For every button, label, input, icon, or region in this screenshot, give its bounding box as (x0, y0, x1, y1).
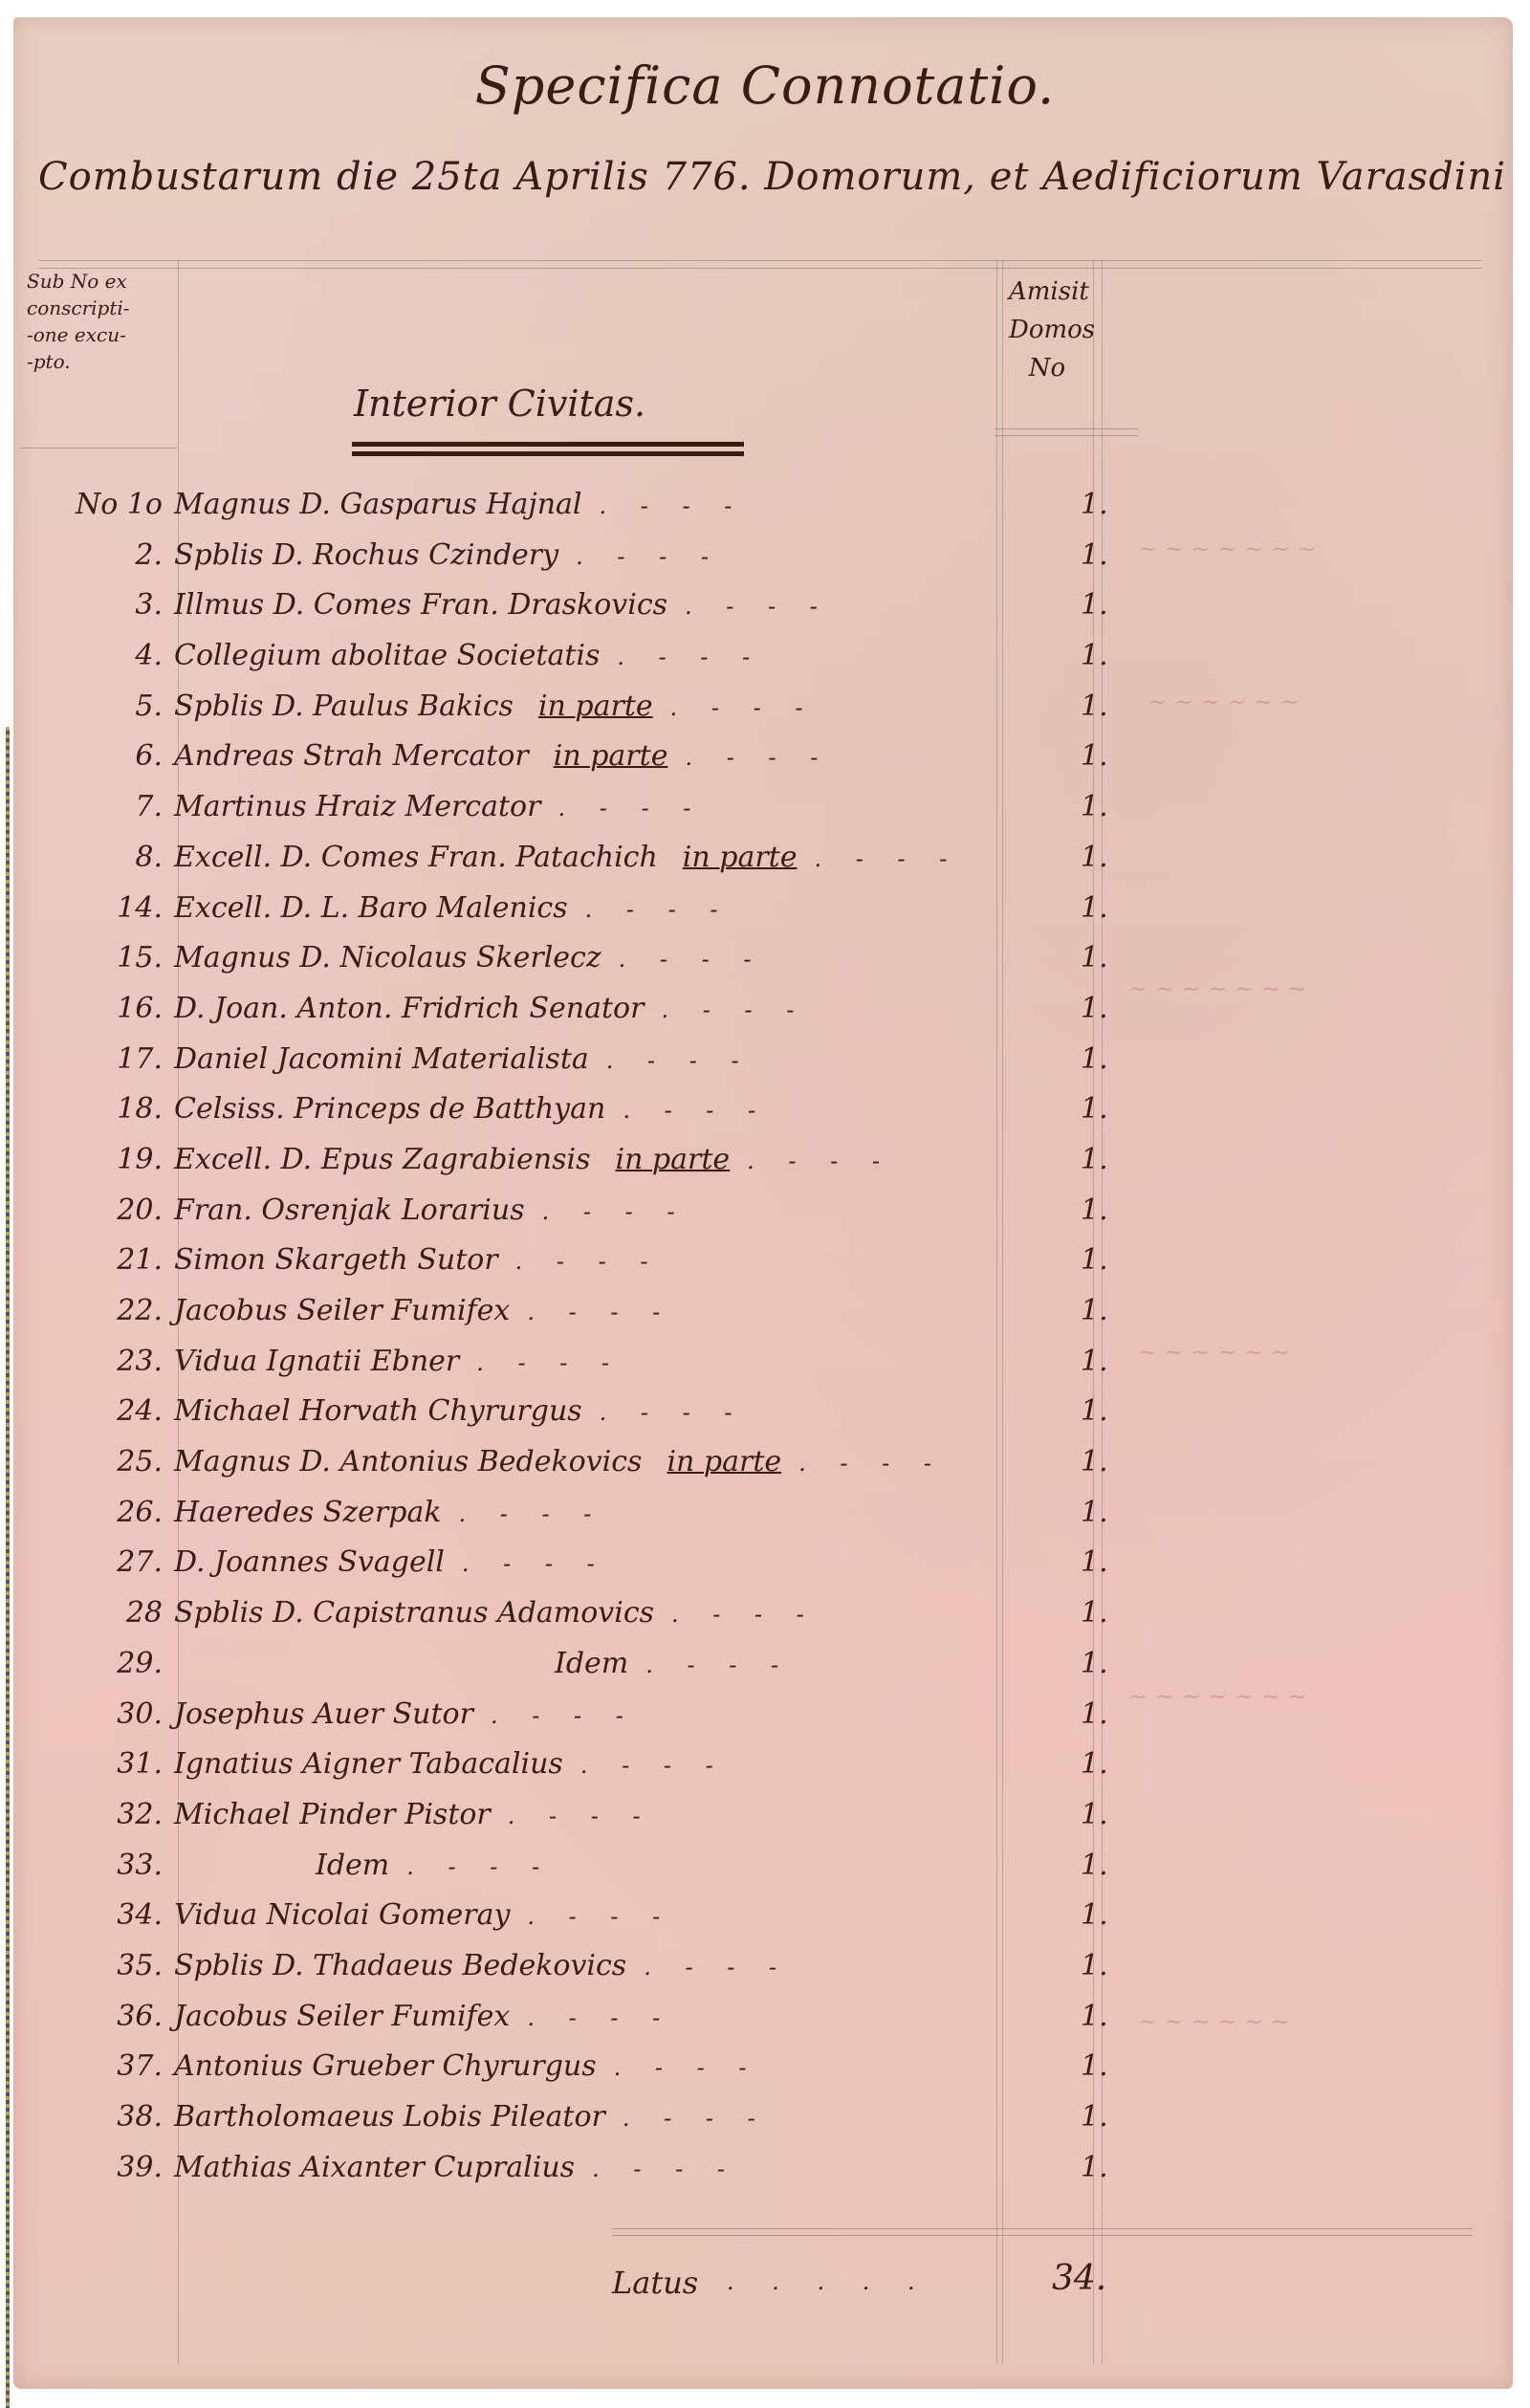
in-parte-note: in parte (615, 1143, 730, 1176)
entry-text: Idem. - - - (555, 1647, 792, 1680)
total-rule (612, 2228, 1473, 2229)
right-header-rule (994, 428, 1138, 429)
entry-number: 31. (57, 1747, 163, 1781)
houses-lost-count: 1. (1081, 1193, 1108, 1227)
table-row: 21.Simon Skargeth Sutor. - - -1. (57, 1243, 1147, 1294)
leader-dots: . - - - (527, 1903, 673, 1930)
houses-lost-count: 1. (1081, 1294, 1108, 1327)
entry-number: 39. (57, 2151, 163, 2184)
entry-text: Vidua Nicolai Gomeray. - - - (174, 1898, 673, 1932)
total-label: Latus (612, 2265, 698, 2301)
binding-thread (6, 727, 10, 2408)
header-rule-double (38, 268, 1482, 269)
leader-dots: . - - - (619, 946, 765, 973)
left-header-line: conscripti- (27, 295, 130, 321)
owner-name: Ignatius Aigner Tabacalius (174, 1747, 563, 1781)
houses-lost-count: 1. (1081, 1042, 1108, 1076)
entry-number: 23. (57, 1345, 163, 1378)
owner-name: Excell. D. Comes Fran. Patachich (174, 841, 658, 874)
count-header-line: Amisit (1009, 273, 1085, 311)
houses-lost-count: 1. (1081, 639, 1108, 672)
owner-name: Magnus D. Nicolaus Skerlecz (174, 941, 601, 974)
leader-dots: . - - - (747, 1148, 893, 1174)
in-parte-note: in parte (683, 841, 798, 874)
houses-lost-count: 1. (1081, 1545, 1108, 1579)
table-row: 19.Excell. D. Epus Zagrabiensisin parte.… (57, 1143, 1147, 1193)
table-row: 28Spblis D. Capistranus Adamovics. - - -… (57, 1596, 1147, 1647)
entry-number: 15. (57, 941, 163, 974)
houses-lost-count: 1. (1081, 992, 1108, 1025)
owner-name: Excell. D. Epus Zagrabiensis (174, 1143, 590, 1176)
leader-dots: . - - - (527, 2004, 673, 2031)
entry-number: 37. (57, 2049, 163, 2083)
leader-dots: . - - - (614, 2054, 760, 2081)
owner-name: Jacobus Seiler Fumifex (174, 1294, 510, 1327)
leader-dots: . - - - (406, 1853, 553, 1880)
entry-text: Excell. D. Comes Fran. Patachichin parte… (174, 841, 960, 874)
entry-text: Josephus Auer Sutor. - - - (174, 1697, 637, 1731)
leader-dots: . - - - (617, 644, 763, 670)
owner-name: Josephus Auer Sutor (174, 1697, 473, 1731)
leader-dots: . - - - (623, 2105, 769, 2132)
table-row: 17.Daniel Jacomini Materialista. - - -1. (57, 1042, 1147, 1093)
entry-text: D. Joan. Anton. Fridrich Senator. - - - (174, 992, 807, 1025)
houses-lost-count: 1. (1081, 1394, 1108, 1428)
houses-lost-count: 1. (1081, 488, 1108, 521)
houses-lost-count: 1. (1081, 2151, 1108, 2184)
leader-dots: . - - - (606, 1047, 753, 1074)
entry-text: Celsiss. Princeps de Batthyan. - - - (174, 1092, 769, 1126)
houses-lost-count: 1. (1081, 1092, 1108, 1126)
table-row: 16.D. Joan. Anton. Fridrich Senator. - -… (57, 992, 1147, 1042)
table-row: 32.Michael Pinder Pistor. - - -1. (57, 1798, 1147, 1849)
houses-lost-count: 1. (1081, 1243, 1108, 1277)
houses-lost-count: 1. (1081, 1596, 1108, 1630)
entry-number: 29. (57, 1647, 163, 1680)
entry-text: Excell. D. L. Baro Malenics. - - - (174, 891, 731, 925)
left-header-line: -pto. (27, 348, 130, 375)
leader-dots: . - - - (644, 1954, 790, 1981)
section-underline-double (352, 451, 744, 456)
entry-number: 17. (57, 1042, 163, 1076)
table-row: 20.Fran. Osrenjak Lorarius. - - -1. (57, 1193, 1147, 1244)
leader-dots: . - - - (670, 694, 817, 721)
leader-dots: . - - - (645, 1652, 792, 1678)
table-row: 3.Illmus D. Comes Fran. Draskovics. - - … (57, 588, 1147, 639)
houses-lost-count: 1. (1081, 690, 1108, 723)
table-row: 8.Excell. D. Comes Fran. Patachichin par… (57, 841, 1147, 891)
table-row: 38.Bartholomaeus Lobis Pileator. - - -1. (57, 2100, 1147, 2151)
owner-name: D. Joan. Anton. Fridrich Senator (174, 992, 644, 1025)
leader-dots: . - - - (600, 1399, 746, 1426)
total-value: 34. (1052, 2259, 1106, 2298)
owner-name: Spblis D. Paulus Bakics (174, 690, 514, 723)
entry-number: 8. (57, 841, 163, 874)
leader-dots: . - - - (814, 845, 960, 872)
entry-text: D. Joannes Svagell. - - - (174, 1545, 608, 1579)
houses-lost-count: 1. (1081, 588, 1108, 622)
houses-lost-count: 1. (1081, 1345, 1108, 1378)
entry-text: Jacobus Seiler Fumifex. - - - (174, 1294, 673, 1327)
entry-text: Daniel Jacomini Materialista. - - - (174, 1042, 753, 1076)
entry-text: Excell. D. Epus Zagrabiensisin parte. - … (174, 1143, 893, 1176)
houses-lost-count: 1. (1081, 2049, 1108, 2083)
leader-dots: . - - - (542, 1198, 688, 1225)
entry-text: Mathias Aixanter Cupralius. - - - (174, 2151, 738, 2184)
leader-dots: . - - - (459, 1500, 605, 1527)
entry-text: Collegium abolitae Societatis. - - - (174, 639, 763, 672)
houses-lost-count: 1. (1081, 1798, 1108, 1831)
entry-number: 14. (57, 891, 163, 925)
left-header-rule (19, 448, 177, 449)
table-row: 4.Collegium abolitae Societatis. - - -1. (57, 639, 1147, 690)
entry-text: Antonius Grueber Chyrurgus. - - - (174, 2049, 759, 2083)
entry-number: 18. (57, 1092, 163, 1126)
entry-text: Vidua Ignatii Ebner. - - - (174, 1345, 623, 1378)
entry-text: Andreas Strah Mercatorin parte. - - - (174, 739, 831, 773)
owner-name: Jacobus Seiler Fumifex (174, 2000, 510, 2033)
table-row: 30.Josephus Auer Sutor. - - -1. (57, 1697, 1147, 1748)
entry-text: Idem. - - - (316, 1849, 553, 1882)
owner-name: Magnus D. Gasparus Hajnal (174, 488, 582, 521)
leader-dots: . - - - (462, 1550, 608, 1577)
houses-lost-count: 1. (1081, 841, 1108, 874)
table-row: 33.Idem. - - -1. (57, 1849, 1147, 1899)
bleed-through-text: ~ ~ ~ ~ ~ ~ ~ (1128, 1683, 1307, 1710)
bleed-through-text: ~ ~ ~ ~ ~ ~ (1138, 1339, 1290, 1366)
table-row: 35.Spblis D. Thadaeus Bedekovics. - - -1… (57, 1949, 1147, 2000)
entry-number: 27. (57, 1545, 163, 1579)
owner-name: Vidua Ignatii Ebner (174, 1345, 459, 1378)
entry-number: 21. (57, 1243, 163, 1277)
table-row: 31.Ignatius Aigner Tabacalius. - - -1. (57, 1747, 1147, 1798)
entry-number: 28 (57, 1596, 163, 1630)
entry-text: Haeredes Szerpak. - - - (174, 1496, 604, 1529)
owner-name: Martinus Hraiz Mercator (174, 790, 540, 823)
entry-number: 24. (57, 1394, 163, 1428)
owner-name: Fran. Osrenjak Lorarius (174, 1193, 525, 1227)
leader-dots: . - - - (508, 1803, 654, 1829)
houses-lost-count: 1. (1081, 1496, 1108, 1529)
entry-number: 7. (57, 790, 163, 823)
leader-dots: . - - - (661, 996, 807, 1023)
entry-text: Illmus D. Comes Fran. Draskovics. - - - (174, 588, 831, 622)
table-row: 2.Spblis D. Rochus Czindery. - - -1. (57, 538, 1147, 589)
entry-number: 16. (57, 992, 163, 1025)
left-column-header: Sub No ex conscripti- -one excu- -pto. (27, 268, 130, 375)
owner-name: Haeredes Szerpak (174, 1496, 442, 1529)
leader-dots: . - - - (592, 2156, 738, 2182)
houses-lost-count: 1. (1081, 1849, 1108, 1882)
houses-lost-count: 1. (1081, 2100, 1108, 2134)
entry-text: Simon Skargeth Sutor. - - - (174, 1243, 662, 1277)
table-row: 6.Andreas Strah Mercatorin parte. - - -1… (57, 739, 1147, 790)
leader-dots: . - - - (600, 493, 746, 519)
owner-name: Antonius Grueber Chyrurgus (174, 2049, 597, 2083)
leader-dots: . - - - (527, 1299, 673, 1325)
table-row: 27.D. Joannes Svagell. - - -1. (57, 1545, 1147, 1596)
owner-name: Spblis D. Rochus Czindery (174, 538, 558, 572)
owner-name: Idem (555, 1647, 628, 1680)
in-parte-note: in parte (538, 690, 653, 723)
leader-dots: . - - - (557, 795, 704, 821)
owner-name: Vidua Nicolai Gomeray (174, 1898, 510, 1932)
entry-number: 34. (57, 1898, 163, 1932)
houses-lost-count: 1. (1081, 1697, 1108, 1731)
owner-name: Collegium abolitae Societatis (174, 639, 600, 672)
entry-number: 5. (57, 690, 163, 723)
owner-name: Daniel Jacomini Materialista (174, 1042, 589, 1076)
document-title: Specifica Connotatio. (0, 55, 1530, 116)
entry-list: No 1oMagnus D. Gasparus Hajnal. - - -1.2… (57, 488, 1147, 2200)
owner-name: Idem (316, 1849, 389, 1882)
entry-text: Jacobus Seiler Fumifex. - - - (174, 2000, 673, 2033)
owner-name: Michael Pinder Pistor (174, 1798, 491, 1831)
leader-dots: . - - - (580, 1752, 727, 1779)
leader-dots: . - - - (671, 1601, 818, 1628)
table-row: 5.Spblis D. Paulus Bakicsin parte. - - -… (57, 690, 1147, 740)
entry-number: 3. (57, 588, 163, 622)
entry-text: Martinus Hraiz Mercator. - - - (174, 790, 704, 823)
leader-dots: . - - - (685, 744, 831, 771)
left-header-line: -one excu- (27, 321, 130, 348)
houses-lost-count: 1. (1081, 739, 1108, 773)
entry-text: Magnus D. Gasparus Hajnal. - - - (174, 488, 745, 521)
table-row: 26.Haeredes Szerpak. - - -1. (57, 1496, 1147, 1546)
entry-number: 22. (57, 1294, 163, 1327)
table-row: 37.Antonius Grueber Chyrurgus. - - -1. (57, 2049, 1147, 2100)
entry-text: Michael Horvath Chyrurgus. - - - (174, 1394, 746, 1428)
entry-number: 32. (57, 1798, 163, 1831)
entry-text: Michael Pinder Pistor. - - - (174, 1798, 654, 1831)
table-row: 24.Michael Horvath Chyrurgus. - - -1. (57, 1394, 1147, 1445)
total-rule-double (612, 2235, 1473, 2236)
bleed-through-text: ~ ~ ~ ~ ~ ~ ~ (1138, 536, 1317, 562)
table-row: No 1oMagnus D. Gasparus Hajnal. - - -1. (57, 488, 1147, 538)
leader-dots: . - - - (515, 1248, 662, 1275)
houses-lost-count: 1. (1081, 1647, 1108, 1680)
entry-text: Fran. Osrenjak Lorarius. - - - (174, 1193, 688, 1227)
in-parte-note: in parte (554, 739, 668, 773)
table-row: 14.Excell. D. L. Baro Malenics. - - -1. (57, 891, 1147, 942)
entry-number: 38. (57, 2100, 163, 2134)
entry-text: Bartholomaeus Lobis Pileator. - - - (174, 2100, 769, 2134)
table-row: 39.Mathias Aixanter Cupralius. - - -1. (57, 2151, 1147, 2201)
total-leader-dots: . . . . . (727, 2268, 930, 2295)
entry-number: 20. (57, 1193, 163, 1227)
bleed-through-text: ~ ~ ~ ~ ~ ~ (1138, 2008, 1290, 2035)
table-row: 34.Vidua Nicolai Gomeray. - - -1. (57, 1898, 1147, 1949)
owner-name: Mathias Aixanter Cupralius (174, 2151, 575, 2184)
document-subtitle: Combustarum die 25ta Aprilis 776. Domoru… (38, 155, 1506, 199)
entry-text: Spblis D. Thadaeus Bedekovics. - - - (174, 1949, 790, 1982)
entry-text: Magnus D. Nicolaus Skerlecz. - - - (174, 941, 765, 974)
leader-dots: . - - - (585, 896, 732, 923)
entry-text: Spblis D. Rochus Czindery. - - - (174, 538, 722, 572)
owner-name: D. Joannes Svagell (174, 1545, 445, 1579)
leader-dots: . - - - (576, 543, 722, 570)
table-row: 22.Jacobus Seiler Fumifex. - - -1. (57, 1294, 1147, 1345)
owner-name: Celsiss. Princeps de Batthyan (174, 1092, 605, 1126)
owner-name: Michael Horvath Chyrurgus (174, 1394, 582, 1428)
owner-name: Magnus D. Antonius Bedekovics (174, 1445, 642, 1478)
table-row: 23.Vidua Ignatii Ebner. - - -1. (57, 1345, 1147, 1395)
houses-lost-count: 1. (1081, 1445, 1108, 1478)
entry-number: 2. (57, 538, 163, 572)
leader-dots: . - - - (623, 1097, 769, 1124)
houses-lost-count: 1. (1081, 2000, 1108, 2033)
entry-number: 6. (57, 739, 163, 773)
houses-lost-count: 1. (1081, 1898, 1108, 1932)
left-header-line: Sub No ex (27, 268, 130, 295)
entry-number: 33. (57, 1849, 163, 1882)
count-column-header: Amisit Domos No (1009, 273, 1085, 387)
entry-text: Spblis D. Paulus Bakicsin parte. - - - (174, 690, 816, 723)
entry-number: 35. (57, 1949, 163, 1982)
leader-dots: . - - - (685, 593, 831, 620)
houses-lost-count: 1. (1081, 891, 1108, 925)
houses-lost-count: 1. (1081, 538, 1108, 572)
entry-number: 30. (57, 1697, 163, 1731)
entry-text: Spblis D. Capistranus Adamovics. - - - (174, 1596, 818, 1630)
count-header-line: No (1009, 349, 1085, 387)
bleed-through-text: ~ ~ ~ ~ ~ ~ (1147, 689, 1300, 715)
right-header-rule-double (994, 435, 1138, 436)
houses-lost-count: 1. (1081, 1143, 1108, 1176)
entry-text: Magnus D. Antonius Bedekovicsin parte. -… (174, 1445, 945, 1478)
owner-name: Spblis D. Thadaeus Bedekovics (174, 1949, 626, 1982)
entry-text: Ignatius Aigner Tabacalius. - - - (174, 1747, 727, 1781)
header-rule (38, 260, 1482, 261)
owner-name: Excell. D. L. Baro Malenics (174, 891, 568, 925)
table-row: 29.Idem. - - -1. (57, 1647, 1147, 1697)
entry-number: 36. (57, 2000, 163, 2033)
table-row: 18.Celsiss. Princeps de Batthyan. - - -1… (57, 1092, 1147, 1143)
leader-dots: . - - - (476, 1349, 623, 1376)
section-heading: Interior Civitas. (354, 383, 645, 425)
owner-name: Illmus D. Comes Fran. Draskovics (174, 588, 667, 622)
bleed-through-text: ~ ~ ~ ~ ~ ~ ~ (1128, 975, 1307, 1002)
owner-name: Spblis D. Capistranus Adamovics (174, 1596, 654, 1630)
entry-number: 19. (57, 1143, 163, 1176)
entry-number: No 1o (57, 488, 163, 521)
leader-dots: . - - - (798, 1450, 945, 1477)
table-row: 36.Jacobus Seiler Fumifex. - - -1. (57, 2000, 1147, 2050)
owner-name: Andreas Strah Mercator (174, 739, 529, 773)
owner-name: Bartholomaeus Lobis Pileator (174, 2100, 605, 2134)
section-underline (352, 442, 744, 447)
leader-dots: . - - - (491, 1702, 637, 1729)
houses-lost-count: 1. (1081, 1747, 1108, 1781)
table-row: 25.Magnus D. Antonius Bedekovicsin parte… (57, 1445, 1147, 1496)
in-parte-note: in parte (667, 1445, 781, 1478)
entry-number: 25. (57, 1445, 163, 1478)
houses-lost-count: 1. (1081, 790, 1108, 823)
houses-lost-count: 1. (1081, 1949, 1108, 1982)
owner-name: Simon Skargeth Sutor (174, 1243, 498, 1277)
count-header-line: Domos (1009, 311, 1085, 349)
table-row: 15.Magnus D. Nicolaus Skerlecz. - - -1. (57, 941, 1147, 992)
entry-number: 4. (57, 639, 163, 672)
table-row: 7.Martinus Hraiz Mercator. - - -1. (57, 790, 1147, 841)
houses-lost-count: 1. (1081, 941, 1108, 974)
entry-number: 26. (57, 1496, 163, 1529)
